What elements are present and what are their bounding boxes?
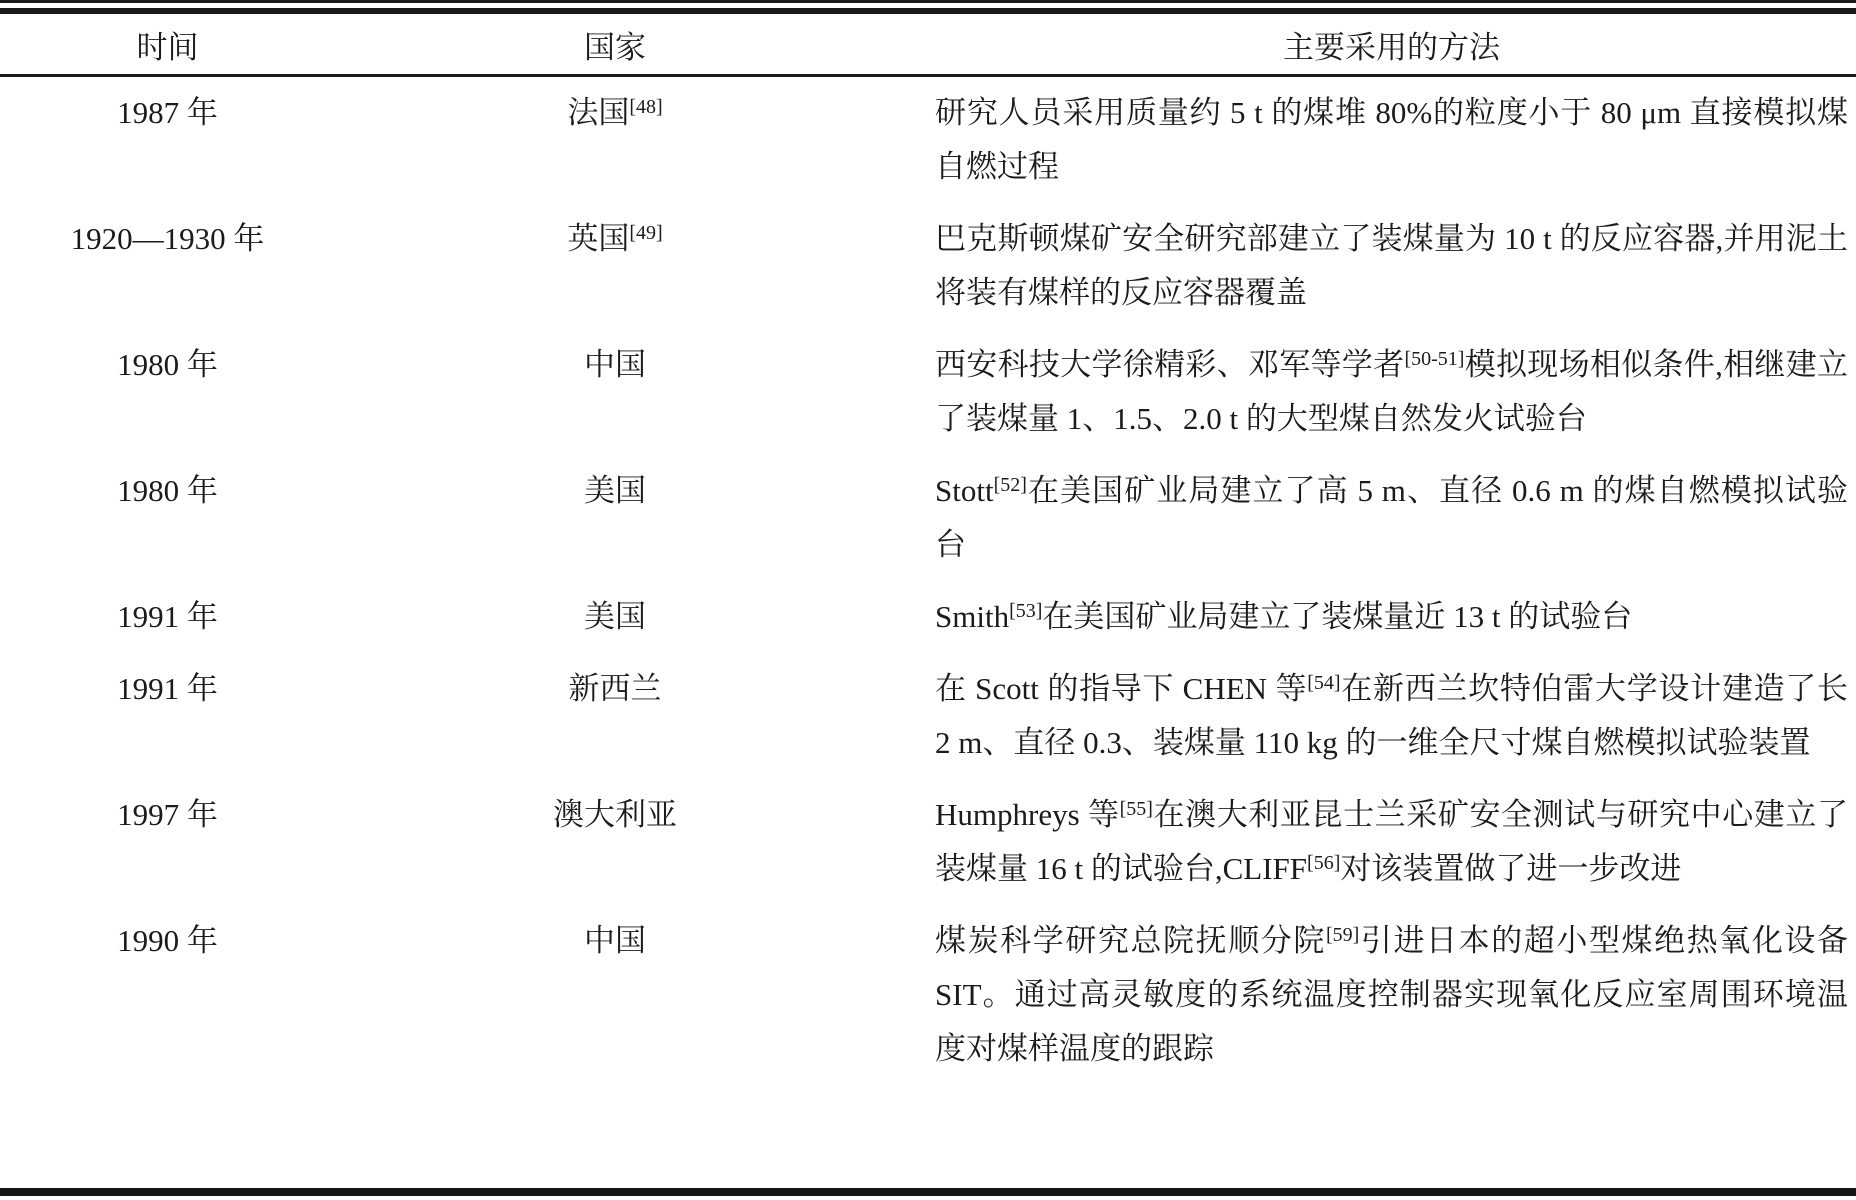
citation-ref: [50-51] — [1404, 348, 1464, 370]
cell-time: 1991 年 — [0, 662, 335, 716]
cell-country: 美国 — [335, 464, 895, 518]
table-row: 1991 年 新西兰 在 Scott 的指导下 CHEN 等[54]在新西兰坎特… — [0, 653, 1856, 779]
table-row: 1991 年 美国 Smith[53]在美国矿业局建立了装煤量近 13 t 的试… — [0, 581, 1856, 653]
citation-ref: [55] — [1120, 798, 1153, 820]
citation-ref: [53] — [1009, 600, 1042, 622]
citation-ref: [54] — [1307, 672, 1340, 694]
table-row: 1987 年 法国[48] 研究人员采用质量约 5 t 的煤堆 80%的粒度小于… — [0, 77, 1856, 203]
cell-time: 1997 年 — [0, 788, 335, 842]
table-bottom-rule — [0, 1188, 1856, 1196]
table-body: 1987 年 法国[48] 研究人员采用质量约 5 t 的煤堆 80%的粒度小于… — [0, 77, 1856, 1085]
cell-method: 研究人员采用质量约 5 t 的煤堆 80%的粒度小于 80 μm 直接模拟煤自燃… — [895, 86, 1856, 194]
cell-time: 1920—1930 年 — [0, 212, 335, 266]
cell-time: 1980 年 — [0, 338, 335, 392]
cell-method: Humphreys 等[55]在澳大利亚昆士兰采矿安全测试与研究中心建立了装煤量… — [895, 788, 1856, 896]
column-header-method: 主要采用的方法 — [895, 22, 1856, 67]
cell-country: 中国 — [335, 914, 895, 968]
table-row: 1997 年 澳大利亚 Humphreys 等[55]在澳大利亚昆士兰采矿安全测… — [0, 779, 1856, 905]
citation-ref: [59] — [1326, 924, 1359, 946]
column-header-time: 时间 — [0, 22, 335, 67]
cell-method: 巴克斯顿煤矿安全研究部建立了装煤量为 10 t 的反应容器,并用泥土将装有煤样的… — [895, 212, 1856, 320]
citation-ref: [49] — [629, 222, 662, 244]
cell-country: 法国[48] — [335, 86, 895, 140]
table-row: 1920—1930 年 英国[49] 巴克斯顿煤矿安全研究部建立了装煤量为 10… — [0, 203, 1856, 329]
cell-method: 在 Scott 的指导下 CHEN 等[54]在新西兰坎特伯雷大学设计建造了长 … — [895, 662, 1856, 770]
citation-ref: [52] — [994, 474, 1027, 496]
citation-ref: [56] — [1307, 852, 1340, 874]
cell-method: Stott[52]在美国矿业局建立了高 5 m、直径 0.6 m 的煤自燃模拟试… — [895, 464, 1856, 572]
cell-method: 西安科技大学徐精彩、邓军等学者[50-51]模拟现场相似条件,相继建立了装煤量 … — [895, 338, 1856, 446]
cell-country: 中国 — [335, 338, 895, 392]
cell-time: 1987 年 — [0, 86, 335, 140]
cell-country: 英国[49] — [335, 212, 895, 266]
cell-time: 1990 年 — [0, 914, 335, 968]
cell-time: 1991 年 — [0, 590, 335, 644]
paper-table: 时间 国家 主要采用的方法 1987 年 法国[48] 研究人员采用质量约 5 … — [0, 0, 1856, 1200]
cell-method: 煤炭科学研究总院抚顺分院[59]引进日本的超小型煤绝热氧化设备 SIT。通过高灵… — [895, 914, 1856, 1076]
table-header-row: 时间 国家 主要采用的方法 — [0, 14, 1856, 74]
cell-country: 美国 — [335, 590, 895, 644]
cell-method: Smith[53]在美国矿业局建立了装煤量近 13 t 的试验台 — [895, 590, 1856, 644]
table-row: 1980 年 美国 Stott[52]在美国矿业局建立了高 5 m、直径 0.6… — [0, 455, 1856, 581]
table-row: 1980 年 中国 西安科技大学徐精彩、邓军等学者[50-51]模拟现场相似条件… — [0, 329, 1856, 455]
cell-country: 新西兰 — [335, 662, 895, 716]
citation-ref: [48] — [629, 96, 662, 118]
cell-time: 1980 年 — [0, 464, 335, 518]
cell-country: 澳大利亚 — [335, 788, 895, 842]
table-row: 1990 年 中国 煤炭科学研究总院抚顺分院[59]引进日本的超小型煤绝热氧化设… — [0, 905, 1856, 1085]
column-header-country: 国家 — [335, 22, 895, 67]
